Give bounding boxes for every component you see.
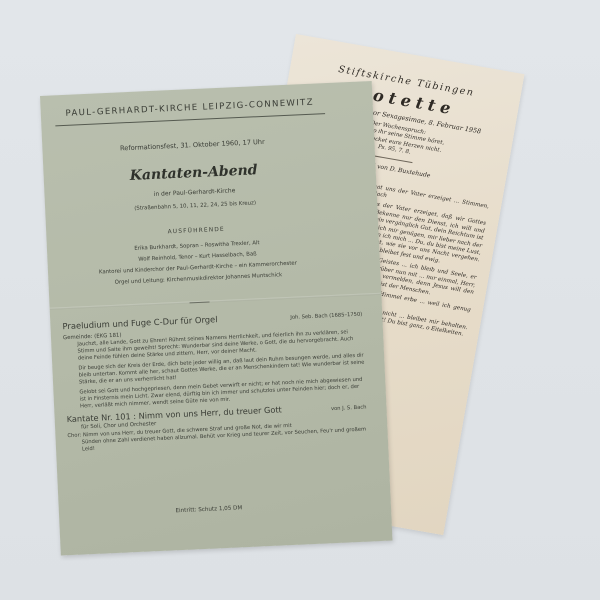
chorus-label: Chor:: [67, 432, 81, 439]
paper-fold-crease: [50, 293, 382, 310]
photo-scene: Stiftskirche Tübingen Motette am Sonnabe…: [0, 0, 600, 600]
performers-list: Erika Burkhardt, Sopran – Roswitha Trexl…: [47, 234, 349, 292]
programme-section: Praeludium und Fuge C-Dur für Orgel Joh.…: [62, 308, 368, 454]
event-occasion-date: Reformationsfest, 31. Oktober 1960, 17 U…: [42, 134, 342, 156]
admission-price: Eintritt: Schutz 1,05 DM: [59, 500, 359, 520]
section-divider: [190, 302, 210, 304]
kantaten-abend-programme-sheet: PAUL-GERHARDT-KIRCHE LEIPZIG-CONNEWITZ R…: [40, 81, 393, 556]
piece-composer: Joh. Seb. Bach (1685–1750): [290, 312, 362, 321]
